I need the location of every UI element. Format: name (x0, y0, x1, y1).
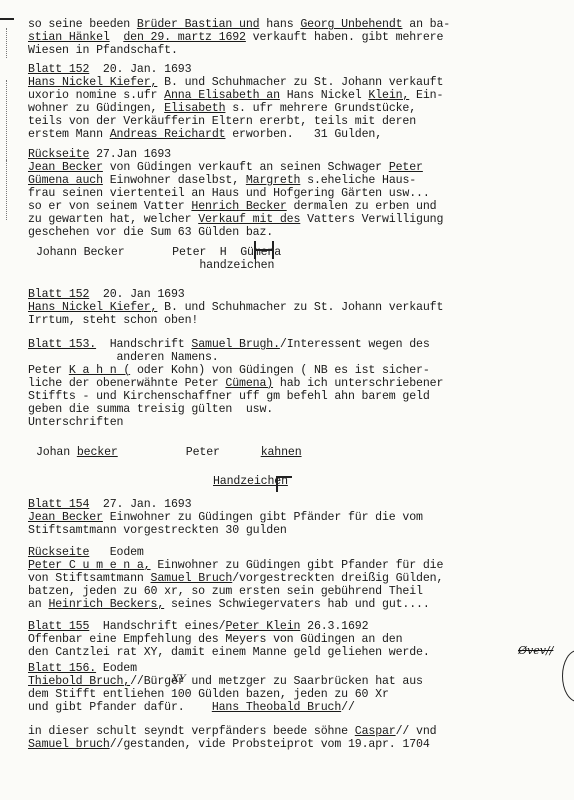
text-line: so seine beeden Brüder Bastian und hans … (28, 18, 450, 31)
text-line: und gibt Pfander dafür. Hans Theobald Br… (28, 701, 355, 714)
text-line: frau seinen viertenteil an Haus und Hofg… (28, 187, 430, 200)
handwritten-bracket (562, 650, 574, 702)
text-line: Samuel bruch//gestanden, vide Probsteipr… (28, 738, 430, 751)
text-line: Johann Becker Peter H Gümena (36, 246, 281, 259)
text-line: Blatt 154 27. Jan. 1693 (28, 498, 191, 511)
text-line: anderen Namens. (28, 351, 219, 364)
text-line: Jean Becker von Güdingen verkauft an sei… (28, 161, 423, 174)
text-line: Blatt 152 20. Jan 1693 (28, 288, 185, 301)
text-line: Peter K a h n ( oder Kohn) von Güdingen … (28, 364, 430, 377)
text-line: Hans Nickel Kiefer, B. und Schuhmacher z… (28, 301, 443, 314)
text-line: stian Hänkel den 29. martz 1692 verkauft… (28, 31, 443, 44)
text-line: wohner zu Güdingen, Elisabeth s. ufr meh… (28, 102, 416, 115)
handwritten-strikeout: Øvev// (518, 644, 553, 657)
text-line: Wiesen in Pfandschaft. (28, 44, 178, 57)
handwritten-xy-note: XY (172, 674, 186, 685)
text-line: an Heinrich Beckers, seines Schwiegervat… (28, 598, 430, 611)
text-line: Blatt 155 Handschrift eines/Peter Klein … (28, 620, 368, 633)
text-line: Thiebold Bruch,//Bürger und metzger zu S… (28, 675, 423, 688)
text-line: Stiftsamtmann vorgestreckten 30 gulden (28, 524, 287, 537)
text-line: Blatt 152 20. Jan. 1693 (28, 63, 191, 76)
text-line: uxorio nomine s.ufr Anna Elisabeth an Ha… (28, 89, 443, 102)
text-line: Hans Nickel Kiefer, B. und Schuhmacher z… (28, 76, 443, 89)
margin-dots (6, 80, 7, 160)
text-line: handzeichen (36, 259, 274, 272)
text-line: Blatt 153. Handschrift Samuel Brugh./Int… (28, 338, 430, 351)
text-line: erstem Mann Andreas Reichardt erworben. … (28, 128, 382, 141)
text-line: geschehen vor die Sum 63 Gülden baz. (28, 226, 273, 239)
text-line: Stiffts - und Kirchenschaffner uff gm be… (28, 390, 430, 403)
text-line: Gümena auch Einwohner daselbst, Margreth… (28, 174, 416, 187)
text-line: Unterschriften (28, 416, 123, 429)
margin-mark (0, 18, 14, 20)
text-line: den Cantzlei rat XY, damit einem Manne g… (28, 646, 430, 659)
text-line: Blatt 156. Eodem (28, 662, 137, 675)
text-line: in dieser schult seyndt verpfänders beed… (28, 725, 436, 738)
text-line: Rückseite 27.Jan 1693 (28, 148, 171, 161)
text-line: geben die summa treisig gülten usw. (28, 403, 273, 416)
text-line: Johan becker Peter kahnen (36, 446, 302, 459)
text-line: liche der obenerwähnte Peter Cümena) hab… (28, 377, 443, 390)
margin-dots (6, 28, 7, 58)
text-line: Jean Becker Einwohner zu Güdingen gibt P… (28, 511, 423, 524)
text-line: Irrtum, steht schon oben! (28, 314, 198, 327)
text-line: zu gewarten hat, welcher Verkauf mit des… (28, 213, 443, 226)
signature-mark (276, 476, 292, 492)
signature-mark (254, 241, 274, 259)
margin-dots (6, 160, 7, 220)
text-line: so er von seinem Vatter Henrich Becker d… (28, 200, 436, 213)
document-page: so seine beeden Brüder Bastian und hans … (0, 0, 574, 800)
text-line: teils von der Verkäufferin Eltern ererbt… (28, 115, 416, 128)
text-line: Peter C u m e n a, Einwohner zu Güdingen… (28, 559, 443, 572)
text-line: batzen, jeden zu 60 xr, so zum ersten se… (28, 585, 423, 598)
text-line: Handzeichen (36, 475, 288, 488)
text-line: dem Stifft entliehen 100 Gülden bazen, j… (28, 688, 389, 701)
text-line: Rückseite Eodem (28, 546, 144, 559)
text-line: Offenbar eine Empfehlung des Meyers von … (28, 633, 402, 646)
text-line: von Stiftsamtmann Samuel Bruch/vorgestre… (28, 572, 443, 585)
